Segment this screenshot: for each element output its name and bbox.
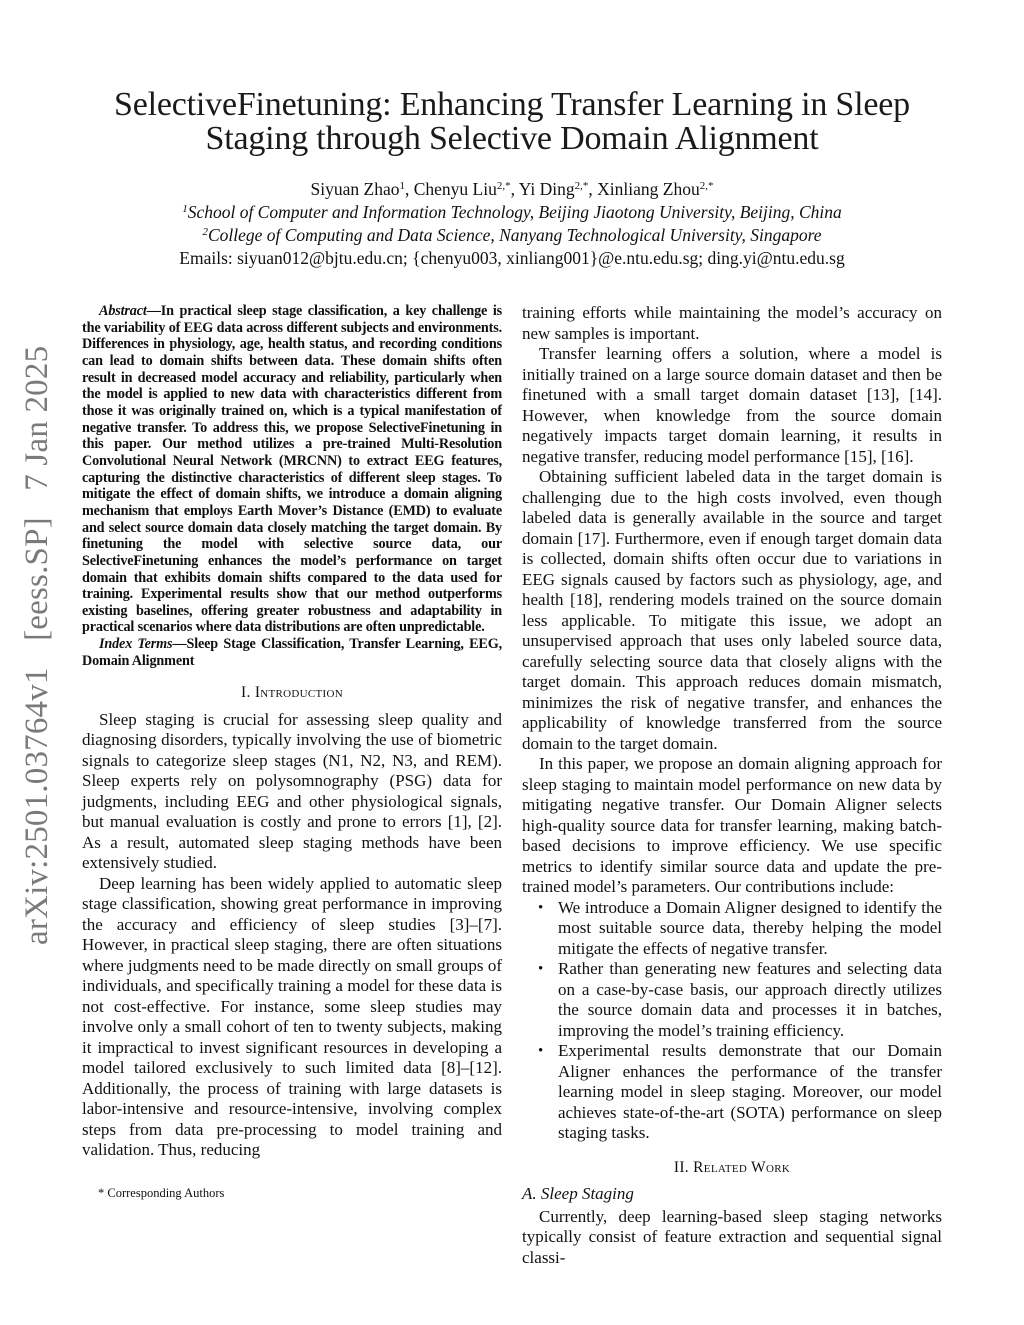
paragraph: Transfer learning offers a solution, whe… [522,344,942,467]
abstract-text: In practical sleep stage classification,… [82,303,502,635]
arxiv-category: [eess.SP] [19,517,55,641]
author-affil-mark: 2,* [700,180,714,192]
author-list: Siyuan Zhao1, Chenyu Liu2,*, Yi Ding2,*,… [60,178,964,201]
section-heading-introduction: I. Introduction [82,683,502,704]
arxiv-stamp: arXiv:2501.03764v1 [eess.SP] 7 Jan 2025 [17,328,57,945]
left-column: Abstract—In practical sleep stage classi… [82,303,502,1161]
affil-text: College of Computing and Data Science, N… [208,225,822,245]
affil-text: School of Computer and Information Techn… [188,202,842,222]
paragraph: Currently, deep learning-based sleep sta… [522,1207,942,1269]
author-separator: , [511,179,519,199]
section-title: Introduction [255,684,343,701]
abstract: Abstract—In practical sleep stage classi… [82,303,502,636]
index-terms-dash: — [172,636,186,652]
affiliation-1: 1School of Computer and Information Tech… [60,201,964,224]
paper-title: SelectiveFinetuning: Enhancing Transfer … [60,88,964,156]
title-line-1: SelectiveFinetuning: Enhancing Transfer … [60,88,964,122]
arxiv-date: 7 Jan 2025 [19,346,55,491]
author-name: Yi Ding [519,179,575,199]
arxiv-id: arXiv:2501.03764v1 [19,667,55,945]
paragraph-continued: training efforts while maintaining the m… [522,303,942,344]
author-affil-mark: 2,* [575,180,589,192]
list-item: Experimental results demonstrate that ou… [558,1041,942,1144]
author-name: Chenyu Liu [414,179,497,199]
list-item: We introduce a Domain Aligner designed t… [558,898,942,960]
paragraph: Sleep staging is crucial for assessing s… [82,710,502,874]
index-terms-label: Index Terms [99,636,172,652]
affiliation-2: 2College of Computing and Data Science, … [60,224,964,247]
author-block: Siyuan Zhao1, Chenyu Liu2,*, Yi Ding2,*,… [60,178,964,270]
author-affil-mark: 2,* [497,180,511,192]
title-line-2: Staging through Selective Domain Alignme… [60,122,964,156]
author-separator: , [405,179,414,199]
paragraph: In this paper, we propose an domain alig… [522,754,942,898]
index-terms: Index Terms—Sleep Stage Classification, … [82,636,502,669]
list-item: Rather than generating new features and … [558,959,942,1041]
section-number: I. [241,684,251,701]
paragraph: Deep learning has been widely applied to… [82,874,502,1161]
section-number: II. [674,1159,689,1176]
section-heading-related-work: II. Related Work [522,1158,942,1179]
author-separator: , [588,179,597,199]
right-column: training efforts while maintaining the m… [522,303,942,1268]
abstract-label: Abstract [99,303,147,319]
subsection-heading: A. Sleep Staging [522,1184,942,1205]
contributions-list: We introduce a Domain Aligner designed t… [522,898,942,1144]
author-name: Xinliang Zhou [597,179,700,199]
section-title: Related Work [693,1159,790,1176]
author-name: Siyuan Zhao [311,179,400,199]
abstract-dash: — [147,303,161,319]
footnote: * Corresponding Authors [98,1186,224,1201]
emails: Emails: siyuan012@bjtu.edu.cn; {chenyu00… [60,247,964,270]
paragraph: Obtaining sufficient labeled data in the… [522,467,942,754]
